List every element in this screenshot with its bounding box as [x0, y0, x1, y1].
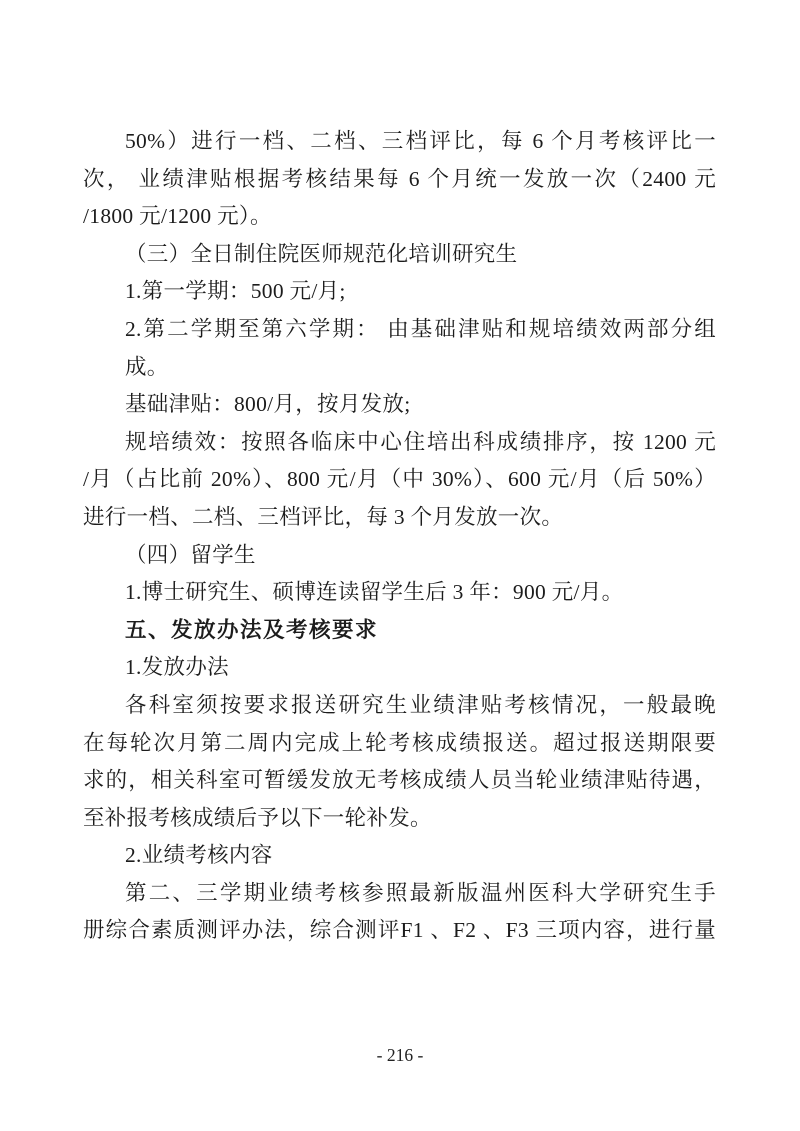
text-line: 1.博士研究生、硕博连读留学生后 3 年：900 元/月。 [83, 574, 716, 612]
text-line: 成。 [83, 349, 716, 387]
text-line: 求的，相关科室可暂缓发放无考核成绩人员当轮业绩津贴待遇， [83, 762, 716, 800]
text-line: 50%）进行一档、二档、三档评比，每 6 个月考核评比一 [83, 123, 716, 161]
section-heading: 五、发放办法及考核要求 [83, 612, 716, 650]
text-line: 进行一档、二档、三档评比，每 3 个月发放一次。 [83, 499, 716, 537]
text-line: 规培绩效：按照各临床中心住培出科成绩排序，按 1200 元 [83, 424, 716, 462]
text-line: 至补报考核成绩后予以下一轮补发。 [83, 800, 716, 838]
text-line: 第二、三学期业绩考核参照最新版温州医科大学研究生手 [83, 875, 716, 913]
text-line: /月（占比前 20%）、800 元/月（中 30%）、600 元/月（后 50%… [83, 461, 716, 499]
page-footer: - 216 - [0, 1043, 800, 1067]
text-line: （四）留学生 [83, 537, 716, 575]
text-line: 次， 业绩津贴根据考核结果每 6 个月统一发放一次（2400 元 [83, 161, 716, 199]
document-page: 50%）进行一档、二档、三档评比，每 6 个月考核评比一次， 业绩津贴根据考核结… [0, 0, 800, 1131]
text-line: 2.业绩考核内容 [83, 837, 716, 875]
text-line: 册综合素质测评办法，综合测评F1 、F2 、F3 三项内容，进行量 [83, 912, 716, 950]
text-line: 2.第二学期至第六学期： 由基础津贴和规培绩效两部分组 [83, 311, 716, 349]
text-line: 1.第一学期：500 元/月; [83, 273, 716, 311]
page-number: - 216 - [377, 1045, 424, 1065]
text-line: /1800 元/1200 元）。 [83, 198, 716, 236]
document-body: 50%）进行一档、二档、三档评比，每 6 个月考核评比一次， 业绩津贴根据考核结… [83, 123, 716, 950]
text-line: 各科室须按要求报送研究生业绩津贴考核情况，一般最晚 [83, 687, 716, 725]
text-line: （三）全日制住院医师规范化培训研究生 [83, 236, 716, 274]
text-line: 基础津贴：800/月，按月发放; [83, 386, 716, 424]
text-line: 在每轮次月第二周内完成上轮考核成绩报送。超过报送期限要 [83, 725, 716, 763]
text-line: 1.发放办法 [83, 649, 716, 687]
